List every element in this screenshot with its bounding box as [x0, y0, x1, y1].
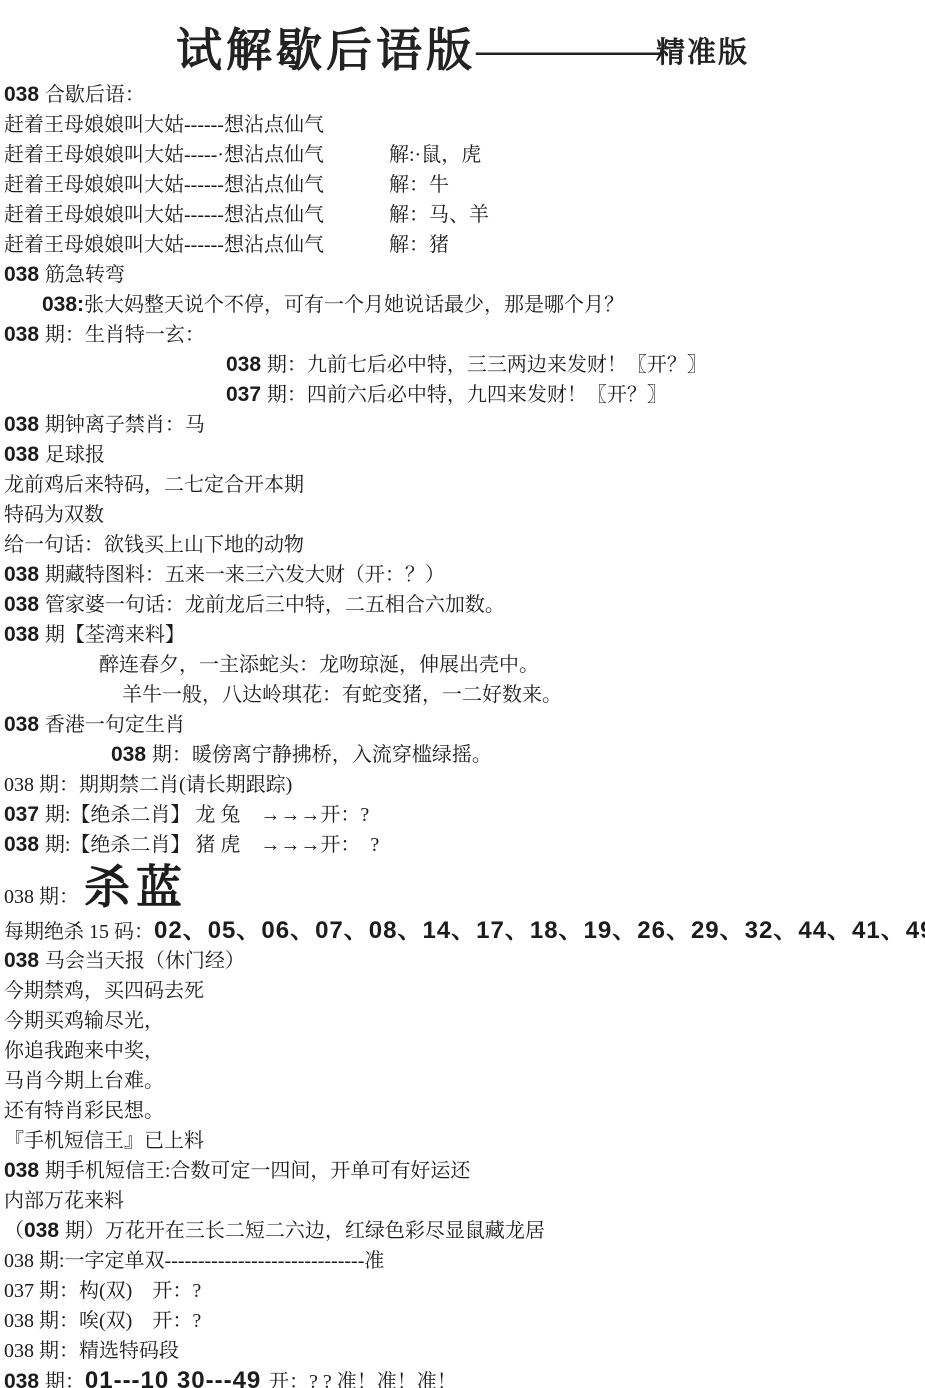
- text-segment: 01---10 30---49: [85, 1367, 269, 1388]
- text-segment: 赶着王母娘娘叫大姑-----·想沾点仙气: [4, 144, 324, 166]
- text-line: 038 管家婆一句话：龙前龙后三中特，二五相合六加数。: [4, 590, 925, 620]
- text-segment: 038 期：唉(双) 开：?: [4, 1310, 201, 1332]
- text-line: 037 期：构(双) 开：?: [4, 1276, 925, 1306]
- text-segment: 赶着王母娘娘叫大姑------想沾点仙气: [4, 204, 324, 226]
- text-segment: 特码为双数: [4, 504, 104, 526]
- text-segment: 解：马、羊: [389, 200, 489, 230]
- text-segment: 038 期:一字定单双-----------------------------…: [4, 1250, 384, 1272]
- text-segment: 期：九前七后必中特，三三两边来发财！〖开？〗: [267, 354, 707, 376]
- text-segment: 你追我跑来中奖，: [4, 1040, 164, 1062]
- text-segment: 管家婆一句话：龙前龙后三中特，二五相合六加数。: [45, 594, 505, 616]
- text-segment: 038:: [42, 293, 84, 316]
- text-segment: 038: [24, 1219, 65, 1242]
- text-line: 每期绝杀 15 码：02、05、06、07、08、14、17、18、19、26、…: [4, 916, 925, 946]
- document-page: 试解歇后语版——————精准版 038 合歇后语：赶着王母娘娘叫大姑------…: [0, 0, 925, 1388]
- text-segment: 038: [111, 743, 152, 766]
- text-line: 赶着王母娘娘叫大姑------想沾点仙气解：马、羊: [4, 200, 925, 230]
- text-segment: 038: [4, 1370, 45, 1388]
- text-line: 037 期:【绝杀二肖】 龙 兔 →→→开：?: [4, 800, 925, 830]
- text-segment: 038: [4, 623, 45, 646]
- text-segment: 038: [4, 323, 45, 346]
- text-line: 你追我跑来中奖，: [4, 1036, 925, 1066]
- text-line: 醉连春夕，一主添蛇头：龙吻琼涎，伸展出壳中。: [4, 650, 925, 680]
- text-line: 038 期： 杀蓝: [4, 860, 925, 916]
- text-line: 赶着王母娘娘叫大姑------想沾点仙气解：猪: [4, 230, 925, 260]
- text-segment: 醉连春夕，一主添蛇头：龙吻琼涎，伸展出壳中。: [99, 654, 539, 676]
- text-segment: 037 期：构(双) 开：?: [4, 1280, 201, 1302]
- text-line: 038 期手机短信王:合数可定一四间，开单可有好运还: [4, 1156, 925, 1186]
- text-segment: 赶着王母娘娘叫大姑------想沾点仙气: [4, 174, 324, 196]
- page-title: 试解歇后语版——————精准版: [0, 14, 925, 80]
- text-segment: 给一句话：欲钱买上山下地的动物: [4, 534, 304, 556]
- text-segment: 香港一句定生肖: [45, 714, 185, 736]
- title-dash-rule: ——————: [476, 30, 656, 70]
- text-line: 038 期【荃湾来料】: [4, 620, 925, 650]
- text-segment: 今期禁鸡，买四码去死: [4, 980, 204, 1002]
- text-line: 038 期钟离子禁肖：马: [4, 410, 925, 440]
- text-segment: 期钟离子禁肖：马: [45, 414, 205, 436]
- text-line: 赶着王母娘娘叫大姑-----·想沾点仙气解:·鼠，虎: [4, 140, 925, 170]
- text-segment: 解：猪: [389, 230, 449, 260]
- text-line: 038 期：01---10 30---49 开：? ? 准！准！准！: [4, 1366, 925, 1388]
- text-line: 038 香港一句定生肖: [4, 710, 925, 740]
- text-line: 037 期：四前六后必中特，九四来发财！〖开？〗: [4, 380, 925, 410]
- text-line: 『手机短信王』已上料: [4, 1126, 925, 1156]
- text-segment: 038: [4, 263, 45, 286]
- text-segment: 038: [4, 413, 45, 436]
- text-segment: 马肖今期上台难。: [4, 1070, 164, 1092]
- text-segment: 期手机短信王:合数可定一四间，开单可有好运还: [45, 1160, 471, 1182]
- text-line: 038 期：暖傍离宁静拂桥，入流穿槛绿摇。: [4, 740, 925, 770]
- text-segment: 杀蓝: [84, 862, 188, 913]
- text-segment: 『手机短信王』已上料: [4, 1130, 204, 1152]
- text-segment: （: [4, 1220, 24, 1242]
- text-segment: 038: [4, 713, 45, 736]
- text-segment: 开：? ? 准！准！准！: [269, 1371, 457, 1388]
- text-segment: 038: [4, 833, 45, 856]
- text-line: 龙前鸡后来特码，二七定合开本期: [4, 470, 925, 500]
- text-segment: 内部万花来料: [4, 1190, 124, 1212]
- text-line: 038 筋急转弯: [4, 260, 925, 290]
- text-line: 038 期:【绝杀二肖】 猪 虎 →→→开： ?: [4, 830, 925, 860]
- text-segment: 每期绝杀 15 码：: [4, 921, 154, 943]
- text-segment: 038: [4, 949, 45, 972]
- text-segment: 02、05、06、07、08、14、17、18、19、26、29、32、44、4…: [154, 917, 925, 944]
- text-line: 羊牛一般，八达岭琪花：有蛇变猪，一二好数来。: [4, 680, 925, 710]
- text-line: 还有特肖彩民想。: [4, 1096, 925, 1126]
- text-line: 038 期：期期禁二肖(请长期跟踪): [4, 770, 925, 800]
- text-segment: 期：生肖特一玄：: [45, 324, 205, 346]
- text-segment: 期：暖傍离宁静拂桥，入流穿槛绿摇。: [152, 744, 492, 766]
- text-line: 038 期藏特图料：五来一来三六发大财（开：？）: [4, 560, 925, 590]
- text-segment: 赶着王母娘娘叫大姑------想沾点仙气: [4, 234, 324, 256]
- text-line: 038 期：生肖特一玄：: [4, 320, 925, 350]
- text-segment: 解：牛: [389, 170, 449, 200]
- text-segment: 038: [226, 353, 267, 376]
- text-segment: 期：: [45, 1371, 85, 1388]
- text-segment: 038 期：期期禁二肖(请长期跟踪): [4, 774, 292, 796]
- text-segment: 038 期：精选特码段: [4, 1340, 179, 1362]
- text-line: 038 期：唉(双) 开：?: [4, 1306, 925, 1336]
- text-segment: 龙前鸡后来特码，二七定合开本期: [4, 474, 304, 496]
- text-line: 内部万花来料: [4, 1186, 925, 1216]
- text-segment: 期）万花开在三长二短二六边，红绿色彩尽显鼠藏龙居: [65, 1220, 545, 1242]
- text-line: 今期买鸡输尽光，: [4, 1006, 925, 1036]
- text-segment: 赶着王母娘娘叫大姑------想沾点仙气: [4, 114, 324, 136]
- text-line: 038:张大妈整天说个不停，可有一个月她说话最少，那是哪个月？: [4, 290, 925, 320]
- title-main-text: 试解歇后语版: [176, 25, 476, 76]
- text-line: （038 期）万花开在三长二短二六边，红绿色彩尽显鼠藏龙居: [4, 1216, 925, 1246]
- text-segment: 马会当天报（休门经）: [45, 950, 245, 972]
- text-segment: 期藏特图料：五来一来三六发大财（开：？）: [45, 564, 445, 586]
- text-line: 038 期：精选特码段: [4, 1336, 925, 1366]
- text-segment: 期:【绝杀二肖】 猪 虎 →→→开： ?: [45, 834, 379, 856]
- text-segment: 038: [4, 563, 45, 586]
- text-segment: 037: [4, 803, 45, 826]
- text-segment: 038: [4, 443, 45, 466]
- text-segment: 038: [4, 1159, 45, 1182]
- text-segment: 羊牛一般，八达岭琪花：有蛇变猪，一二好数来。: [122, 684, 562, 706]
- text-line: 038 期：九前七后必中特，三三两边来发财！〖开？〗: [4, 350, 925, 380]
- text-line: 马肖今期上台难。: [4, 1066, 925, 1096]
- text-line: 赶着王母娘娘叫大姑------想沾点仙气解：牛: [4, 170, 925, 200]
- text-segment: 038 期：: [4, 886, 84, 908]
- text-segment: 解:·鼠，虎: [389, 140, 481, 170]
- text-segment: 合歇后语：: [45, 84, 145, 106]
- text-segment: 038: [4, 83, 45, 106]
- document-lines: 038 合歇后语：赶着王母娘娘叫大姑------想沾点仙气赶着王母娘娘叫大姑--…: [4, 80, 925, 1388]
- text-segment: 今期买鸡输尽光，: [4, 1010, 164, 1032]
- text-line: 特码为双数: [4, 500, 925, 530]
- title-suffix-text: 精准版: [656, 37, 749, 69]
- text-segment: 期【荃湾来料】: [45, 624, 185, 646]
- text-line: 038 合歇后语：: [4, 80, 925, 110]
- text-line: 今期禁鸡，买四码去死: [4, 976, 925, 1006]
- text-segment: 张大妈整天说个不停，可有一个月她说话最少，那是哪个月？: [84, 294, 624, 316]
- text-line: 038 足球报: [4, 440, 925, 470]
- text-segment: 还有特肖彩民想。: [4, 1100, 164, 1122]
- text-segment: 038: [4, 593, 45, 616]
- text-segment: 期：四前六后必中特，九四来发财！〖开？〗: [267, 384, 667, 406]
- text-segment: 足球报: [45, 444, 105, 466]
- text-segment: 期:【绝杀二肖】 龙 兔 →→→开：?: [45, 804, 369, 826]
- text-segment: 筋急转弯: [45, 264, 125, 286]
- text-segment: 037: [226, 383, 267, 406]
- text-line: 038 期:一字定单双-----------------------------…: [4, 1246, 925, 1276]
- text-line: 赶着王母娘娘叫大姑------想沾点仙气: [4, 110, 925, 140]
- text-line: 给一句话：欲钱买上山下地的动物: [4, 530, 925, 560]
- text-line: 038 马会当天报（休门经）: [4, 946, 925, 976]
